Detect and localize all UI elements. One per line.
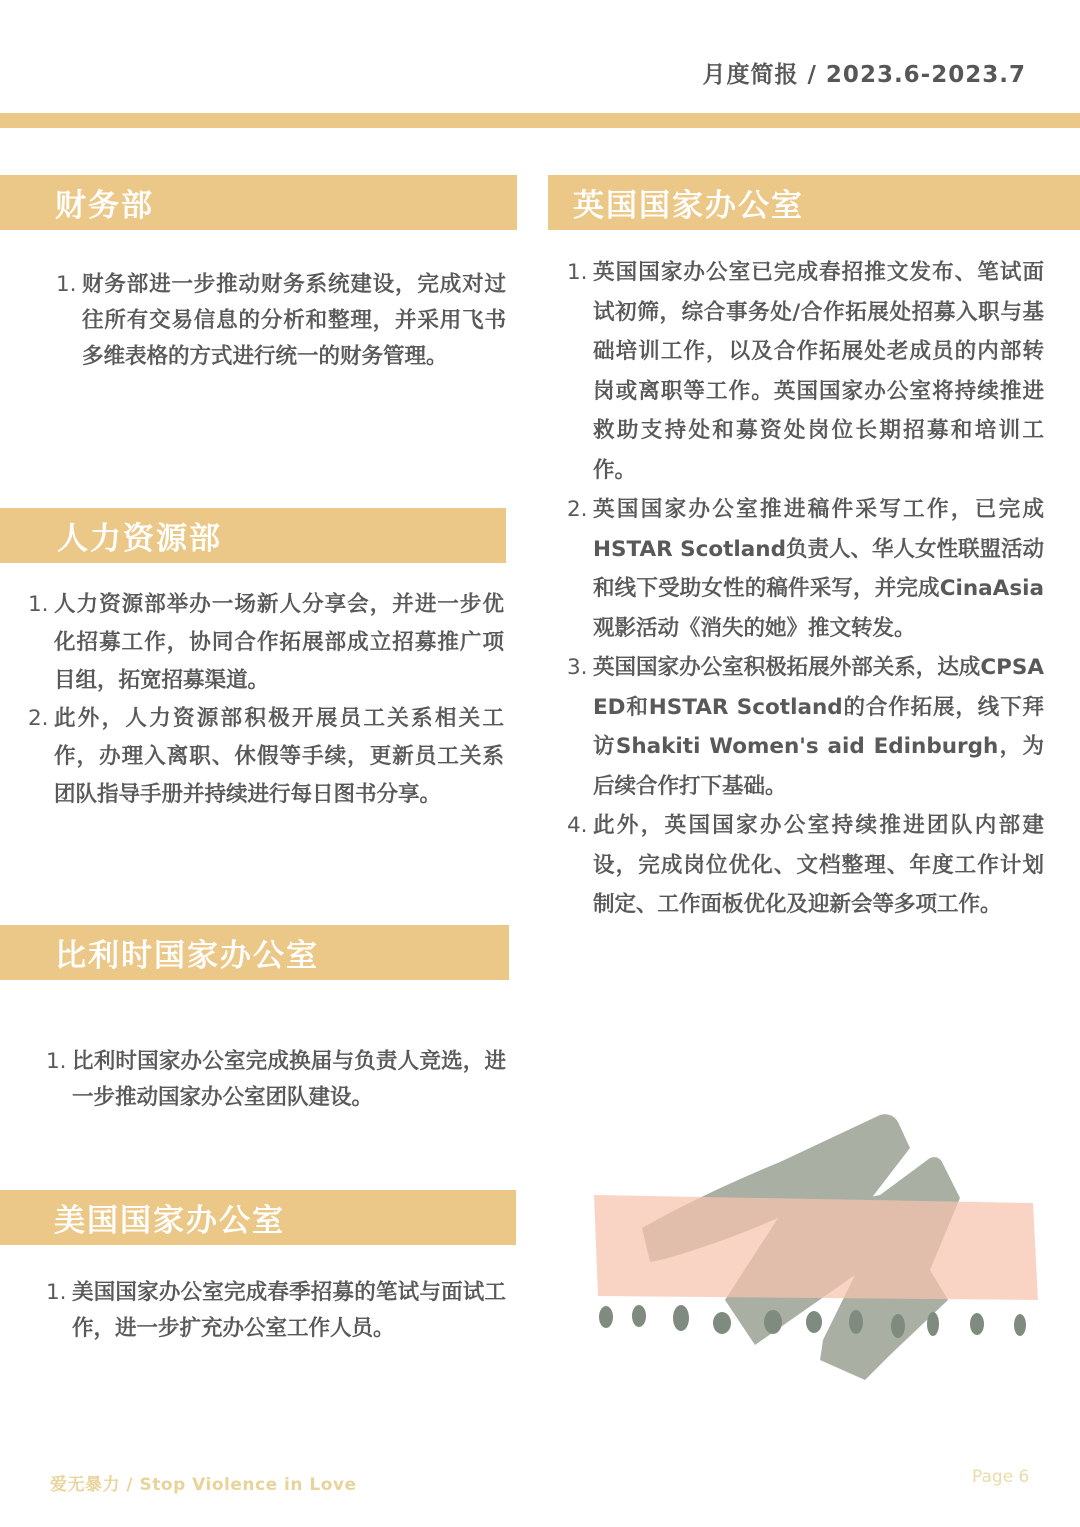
list-item: 4. 此外，英国国家办公室持续推进团队内部建设，完成岗位优化、文档整理、年度工作… — [567, 806, 1044, 925]
list-item-text: 英国国家办公室积极拓展外部关系，达成CPSA ED和HSTAR Scotland… — [593, 655, 1044, 799]
section-header-finance: 财务部 — [0, 175, 517, 230]
list-item-text: 美国国家办公室完成春季招募的笔试与面试工作，进一步扩充办公室工作人员。 — [72, 1280, 506, 1341]
list-item: 2. 此外，人力资源部积极开展员工关系相关工作，办理入离职、休假等手续，更新员工… — [28, 700, 504, 814]
list-number: 1. — [567, 253, 588, 293]
list-item-text: 英国国家办公室推进稿件采写工作，已完成HSTAR Scotland负责人、华人女… — [593, 497, 1044, 641]
top-divider-bar — [0, 113, 1080, 128]
usa-list: 1. 美国国家办公室完成春季招募的笔试与面试工作，进一步扩充办公室工作人员。 — [46, 1275, 506, 1347]
list-item-text: 人力资源部举办一场新人分享会，并进一步优化招募工作，协同合作拓展部成立招募推广项… — [54, 592, 504, 693]
section-title-hr: 人力资源部 — [57, 513, 222, 558]
section-header-belgium: 比利时国家办公室 — [0, 925, 509, 980]
list-item-text: 英国国家办公室已完成春招推文发布、笔试面试初筛，综合事务处/合作拓展处招募入职与… — [593, 260, 1044, 483]
section-title-uk: 英国国家办公室 — [573, 180, 804, 225]
list-item-text: 财务部进一步推动财务系统建设，完成对过往所有交易信息的分析和整理，并采用飞书多维… — [82, 272, 506, 369]
list-item: 1. 美国国家办公室完成春季招募的笔试与面试工作，进一步扩充办公室工作人员。 — [46, 1275, 506, 1347]
finance-list: 1. 财务部进一步推动财务系统建设，完成对过往所有交易信息的分析和整理，并采用飞… — [56, 267, 506, 375]
list-number: 4. — [567, 806, 588, 846]
list-item-text: 比利时国家办公室完成换届与负责人竞选，进一步推动国家办公室团队建设。 — [72, 1049, 506, 1110]
hr-list: 1. 人力资源部举办一场新人分享会，并进一步优化招募工作，协同合作拓展部成立招募… — [28, 586, 504, 814]
belgium-list: 1. 比利时国家办公室完成换届与负责人竞选，进一步推动国家办公室团队建设。 — [46, 1044, 506, 1116]
list-number: 1. — [28, 586, 49, 624]
list-number: 2. — [28, 700, 49, 738]
list-number: 1. — [46, 1275, 67, 1311]
section-title-finance: 财务部 — [55, 180, 154, 225]
footer-brand: 爱无暴力 / Stop Violence in Love — [50, 1470, 357, 1495]
list-item: 1. 人力资源部举办一场新人分享会，并进一步优化招募工作，协同合作拓展部成立招募… — [28, 586, 504, 700]
list-number: 3. — [567, 648, 588, 688]
list-item: 2. 英国国家办公室推进稿件采写工作，已完成HSTAR Scotland负责人、… — [567, 490, 1044, 648]
list-number: 1. — [46, 1044, 67, 1080]
uk-list: 1. 英国国家办公室已完成春招推文发布、笔试面试初筛，综合事务处/合作拓展处招募… — [567, 253, 1044, 925]
section-title-usa: 美国国家办公室 — [54, 1195, 285, 1240]
decorative-abstract-illustration — [580, 1100, 1050, 1400]
list-item-text: 此外，英国国家办公室持续推进团队内部建设，完成岗位优化、文档整理、年度工作计划制… — [593, 813, 1044, 917]
section-header-hr: 人力资源部 — [0, 508, 506, 563]
list-number: 2. — [567, 490, 588, 530]
list-item: 1. 财务部进一步推动财务系统建设，完成对过往所有交易信息的分析和整理，并采用飞… — [56, 267, 506, 375]
list-item-text: 此外，人力资源部积极开展员工关系相关工作，办理入离职、休假等手续，更新员工关系团… — [54, 706, 504, 807]
list-item: 1. 比利时国家办公室完成换届与负责人竞选，进一步推动国家办公室团队建设。 — [46, 1044, 506, 1116]
list-item: 1. 英国国家办公室已完成春招推文发布、笔试面试初筛，综合事务处/合作拓展处招募… — [567, 253, 1044, 490]
page-number: Page 6 — [972, 1467, 1029, 1487]
section-header-usa: 美国国家办公室 — [0, 1190, 516, 1245]
list-number: 1. — [56, 267, 77, 303]
list-item: 3. 英国国家办公室积极拓展外部关系，达成CPSA ED和HSTAR Scotl… — [567, 648, 1044, 806]
section-header-uk: 英国国家办公室 — [548, 175, 1080, 230]
section-title-belgium: 比利时国家办公室 — [55, 930, 319, 975]
document-title: 月度简报 / 2023.6-2023.7 — [703, 56, 1026, 89]
